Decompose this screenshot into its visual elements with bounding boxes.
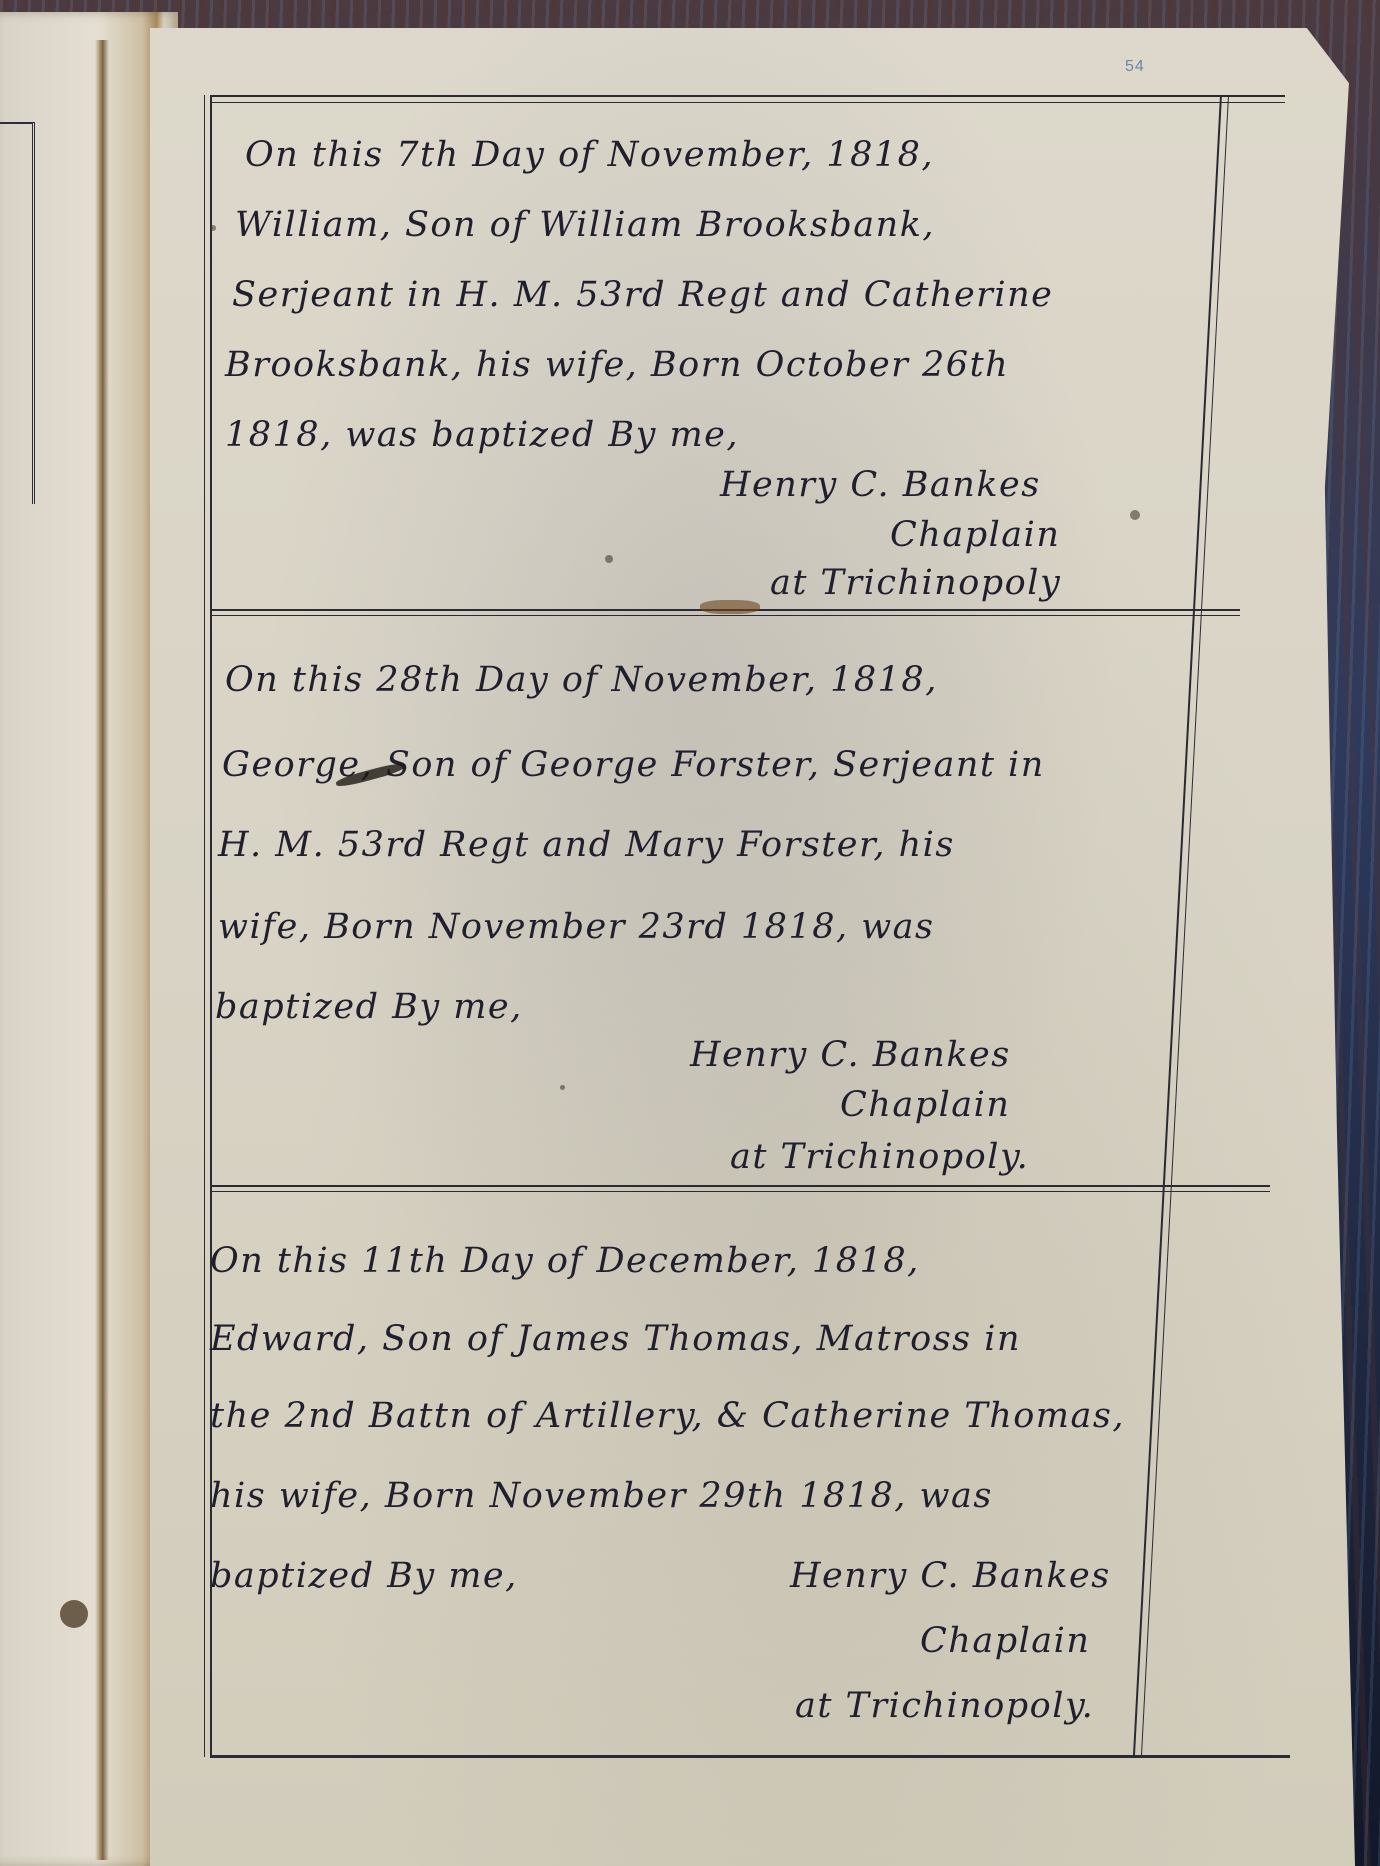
chaplain-signature-title: Chaplain [920, 1621, 1090, 1661]
baptism-entry-1: On this 7th Day of November, 1818, Willi… [210, 95, 1280, 609]
chaplain-signature-place: at Trichinopoly [770, 563, 1061, 603]
entry-text-line: William, Son of William Brooksbank, [235, 205, 935, 245]
chaplain-signature-name: Henry C. Bankes [790, 1556, 1111, 1596]
entry-text-line: baptized By me, [210, 1556, 518, 1596]
ink-spot [560, 1085, 565, 1090]
entry-text-line: the 2nd Battn of Artillery, & Catherine … [210, 1396, 1125, 1436]
entry-divider-2 [210, 1185, 1270, 1187]
baptism-entry-3: On this 11th Day of December, 1818, Edwa… [210, 1191, 1280, 1755]
chaplain-signature-place: at Trichinopoly. [730, 1137, 1029, 1177]
chaplain-signature-title: Chaplain [840, 1085, 1010, 1125]
entry-text-line: H. M. 53rd Regt and Mary Forster, his [218, 825, 955, 865]
entry-text-line: On this 28th Day of November, 1818, [225, 660, 938, 700]
entry-text-line: Serjeant in H. M. 53rd Regt and Catherin… [232, 275, 1053, 315]
entry-text-line: On this 7th Day of November, 1818, [245, 135, 934, 175]
ink-spot [605, 555, 613, 563]
left-page-ruled-frame [0, 122, 35, 504]
chaplain-signature-name: Henry C. Bankes [690, 1035, 1011, 1075]
entry-text-line: his wife, Born November 29th 1818, was [210, 1476, 993, 1516]
entry-text-line: wife, Born November 23rd 1818, was [218, 907, 935, 947]
chaplain-signature-place: at Trichinopoly. [795, 1686, 1094, 1726]
entry-text-line: Edward, Son of James Thomas, Matross in [210, 1319, 1021, 1359]
baptism-register-box: On this 7th Day of November, 1818, Willi… [210, 95, 1280, 1757]
ink-spot [1130, 510, 1140, 520]
paper-damage [60, 1600, 88, 1628]
chaplain-signature-title: Chaplain [890, 515, 1060, 555]
entry-text-line: 1818, was baptized By me, [225, 415, 739, 455]
baptism-entry-2: On this 28th Day of November, 1818, Geor… [210, 615, 1280, 1185]
torn-spine-edge [95, 40, 109, 1860]
ink-spot [210, 225, 216, 231]
entry-text-line: Brooksbank, his wife, Born October 26th [225, 345, 1009, 385]
box-left-border-outer [204, 95, 205, 1757]
box-bottom-border [210, 1755, 1290, 1758]
page-number: 54 [1125, 58, 1145, 76]
entry-text-line: On this 11th Day of December, 1818, [210, 1241, 920, 1281]
paper-damage [700, 600, 760, 614]
chaplain-signature-name: Henry C. Bankes [720, 465, 1041, 505]
entry-text-line: baptized By me, [215, 987, 523, 1027]
